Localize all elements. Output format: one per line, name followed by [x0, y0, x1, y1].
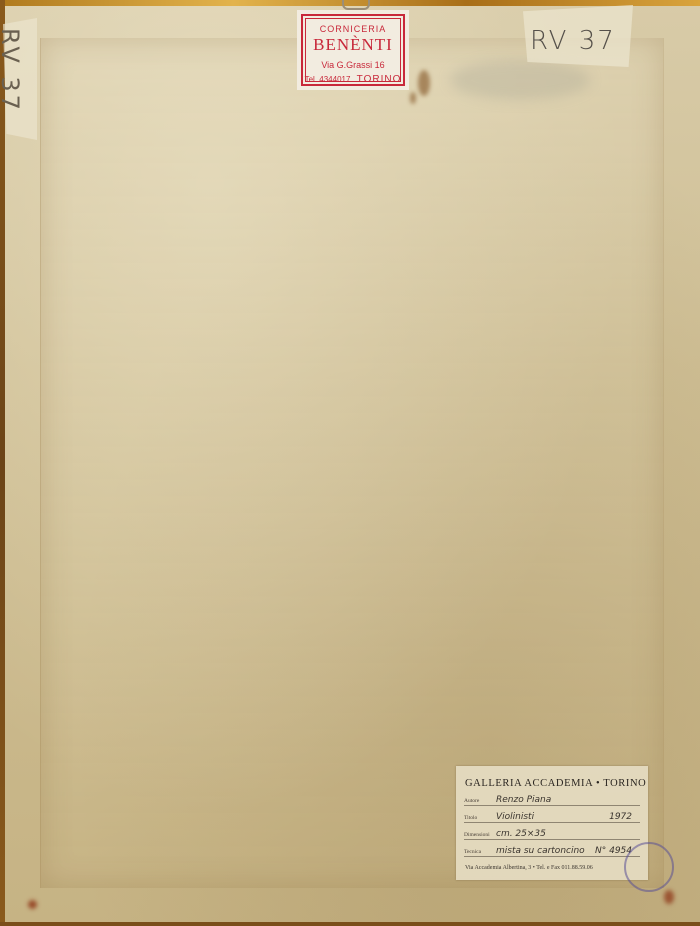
stain — [410, 92, 416, 104]
ink-stamp — [624, 842, 674, 892]
label-row-author: Autore Renzo Piana — [464, 791, 640, 806]
row-label: Titolo — [464, 815, 477, 821]
smudge — [450, 60, 590, 100]
side-annotation: RV 37 — [0, 28, 24, 113]
gallery-address: Via Accademia Albertina, 3 • Tel. e Fax … — [465, 865, 593, 871]
framer-contact: Tel. 4344017 TORINO — [297, 74, 409, 85]
stain — [418, 70, 430, 96]
row-label: Dimensioni — [464, 832, 490, 838]
gallery-title: GALLERIA ACCADEMIA • TORINO — [465, 778, 646, 789]
row-year: 1972 — [609, 812, 632, 822]
framer-type: CORNICERIA — [297, 24, 409, 34]
row-label: Autore — [464, 798, 479, 804]
label-row-dimensions: Dimensioni cm. 25×35 — [464, 825, 640, 840]
framer-phone: Tel. 4344017 — [305, 75, 351, 84]
tape-annotation: RV 37 — [530, 26, 616, 56]
framer-name: BENÈNTI — [297, 35, 409, 55]
frame-bottom-edge — [0, 922, 700, 926]
hanger-hook-icon — [342, 0, 370, 10]
row-value: cm. 25×35 — [496, 829, 546, 839]
framer-address: Via G.Grassi 16 — [297, 60, 409, 70]
framer-label: CORNICERIA BENÈNTI Via G.Grassi 16 Tel. … — [297, 10, 409, 90]
label-row-technique: Tecnica mista su cartoncino N° 4954 — [464, 842, 640, 857]
stain — [664, 890, 674, 904]
row-value: Renzo Piana — [496, 795, 551, 805]
frame-left-edge — [0, 0, 5, 926]
row-label: Tecnica — [464, 849, 481, 855]
gallery-label: GALLERIA ACCADEMIA • TORINO Autore Renzo… — [456, 766, 648, 880]
stain — [28, 900, 37, 909]
label-row-title: Titolo Violinisti 1972 — [464, 808, 640, 823]
inner-panel — [40, 38, 664, 888]
row-value: Violinisti — [496, 812, 534, 822]
framer-city: TORINO — [357, 74, 402, 85]
row-value: mista su cartoncino — [496, 846, 585, 856]
